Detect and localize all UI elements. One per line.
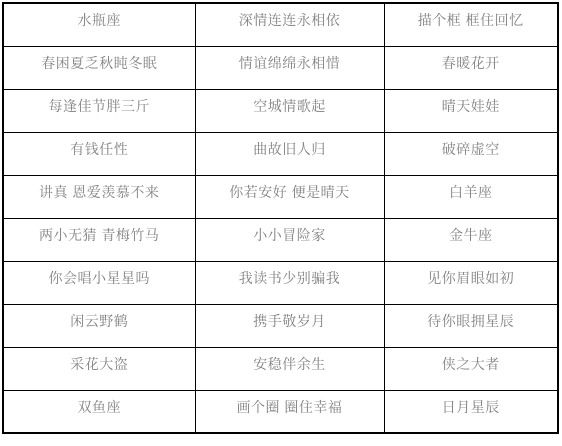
table-cell: 白羊座 — [384, 175, 558, 218]
document-page: 水瓶座深情连连永相依描个框 框住回忆春困夏乏秋盹冬眠情谊绵绵永相惜春暖花开每逢佳… — [0, 0, 562, 446]
table-cell: 画个圈 圈住幸福 — [195, 390, 384, 433]
table-cell: 待你眼拥星辰 — [384, 304, 558, 347]
table-row: 采花大盗安稳伴余生侠之大者 — [3, 347, 558, 390]
table-row: 两小无猜 青梅竹马小小冒险家金牛座 — [3, 218, 558, 261]
table-cell: 每逢佳节胖三斤 — [3, 89, 195, 132]
phrase-table-body: 水瓶座深情连连永相依描个框 框住回忆春困夏乏秋盹冬眠情谊绵绵永相惜春暖花开每逢佳… — [3, 3, 558, 433]
phrase-table: 水瓶座深情连连永相依描个框 框住回忆春困夏乏秋盹冬眠情谊绵绵永相惜春暖花开每逢佳… — [2, 2, 559, 434]
table-cell: 安稳伴余生 — [195, 347, 384, 390]
table-cell: 曲故旧人归 — [195, 132, 384, 175]
table-cell: 我读书少别骗我 — [195, 261, 384, 304]
table-row: 春困夏乏秋盹冬眠情谊绵绵永相惜春暖花开 — [3, 46, 558, 89]
table-row: 双鱼座画个圈 圈住幸福日月星辰 — [3, 390, 558, 433]
table-cell: 双鱼座 — [3, 390, 195, 433]
table-cell: 侠之大者 — [384, 347, 558, 390]
table-cell: 晴天娃娃 — [384, 89, 558, 132]
table-row: 水瓶座深情连连永相依描个框 框住回忆 — [3, 3, 558, 46]
table-cell: 春困夏乏秋盹冬眠 — [3, 46, 195, 89]
table-cell: 携手敬岁月 — [195, 304, 384, 347]
table-cell: 你会唱小星星吗 — [3, 261, 195, 304]
table-cell: 两小无猜 青梅竹马 — [3, 218, 195, 261]
table-cell: 闲云野鹤 — [3, 304, 195, 347]
table-cell: 描个框 框住回忆 — [384, 3, 558, 46]
table-cell: 讲真 恩爱羡慕不来 — [3, 175, 195, 218]
table-cell: 小小冒险家 — [195, 218, 384, 261]
table-cell: 金牛座 — [384, 218, 558, 261]
table-cell: 情谊绵绵永相惜 — [195, 46, 384, 89]
table-cell: 深情连连永相依 — [195, 3, 384, 46]
table-row: 闲云野鹤携手敬岁月待你眼拥星辰 — [3, 304, 558, 347]
table-row: 有钱任性曲故旧人归破碎虚空 — [3, 132, 558, 175]
table-cell: 春暖花开 — [384, 46, 558, 89]
table-cell: 你若安好 便是晴天 — [195, 175, 384, 218]
table-row: 每逢佳节胖三斤空城情歌起晴天娃娃 — [3, 89, 558, 132]
table-row: 你会唱小星星吗我读书少别骗我见你眉眼如初 — [3, 261, 558, 304]
table-cell: 采花大盗 — [3, 347, 195, 390]
table-cell: 日月星辰 — [384, 390, 558, 433]
table-cell: 空城情歌起 — [195, 89, 384, 132]
table-cell: 有钱任性 — [3, 132, 195, 175]
table-cell: 见你眉眼如初 — [384, 261, 558, 304]
table-cell: 破碎虚空 — [384, 132, 558, 175]
table-cell: 水瓶座 — [3, 3, 195, 46]
table-row: 讲真 恩爱羡慕不来你若安好 便是晴天白羊座 — [3, 175, 558, 218]
